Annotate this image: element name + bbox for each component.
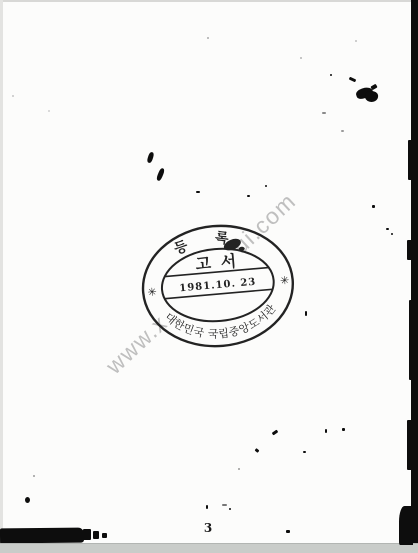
scan-speck <box>206 505 208 509</box>
scan-speck <box>349 77 357 83</box>
scan-speck <box>391 233 393 235</box>
scan-speck <box>300 57 302 59</box>
scan-shadow-bar <box>0 528 84 544</box>
scan-speck <box>355 40 357 42</box>
scan-speck <box>222 504 227 506</box>
scan-speck <box>407 240 412 260</box>
scan-speck <box>370 84 377 90</box>
scan-speck <box>265 185 267 187</box>
scan-speck <box>48 110 50 112</box>
scan-speck <box>325 429 327 433</box>
scan-speck <box>342 428 345 431</box>
scan-speck <box>286 530 290 533</box>
scan-speck <box>408 140 412 180</box>
scan-edge-left <box>0 0 3 553</box>
scan-speck <box>255 448 260 453</box>
library-stamp: 등록 고서 1981.10. 23 ✳ ✳ 대한민국 국립중앙도서관 <box>134 215 303 358</box>
scan-speck <box>102 533 107 538</box>
scan-speck <box>238 468 240 470</box>
scan-speck <box>386 228 389 230</box>
scan-speck <box>322 112 326 114</box>
scan-speck <box>93 531 99 539</box>
scan-speck <box>229 508 231 510</box>
stamp-left-asterisk: ✳ <box>147 285 157 299</box>
scan-speck <box>146 151 154 163</box>
scan-speck <box>330 74 332 76</box>
scan-speck <box>305 311 307 316</box>
scan-speck <box>12 95 14 97</box>
scan-speck <box>33 475 35 477</box>
scan-speck <box>156 168 166 182</box>
scan-speck <box>83 529 91 540</box>
scan-speck <box>196 191 200 193</box>
scan-speck <box>207 37 209 39</box>
scan-speck <box>407 420 413 470</box>
scan-speck <box>341 130 344 132</box>
scan-edge-top <box>0 0 418 2</box>
page-number: 3 <box>198 521 218 535</box>
scan-speck <box>272 430 279 436</box>
scan-speck <box>409 300 413 380</box>
stamp-right-asterisk: ✳ <box>280 274 290 288</box>
scan-speck <box>364 90 379 103</box>
scan-speck <box>399 506 413 545</box>
scan-speck <box>25 497 30 503</box>
scan-speck <box>372 205 375 208</box>
scan-speck <box>303 451 306 453</box>
scanned-book-page: www.x ui.com 등록 고서 1981.10. 23 ✳ ✳ 대한민국 … <box>0 0 418 553</box>
scan-speck <box>247 195 250 197</box>
scanner-bed-band <box>0 543 418 553</box>
